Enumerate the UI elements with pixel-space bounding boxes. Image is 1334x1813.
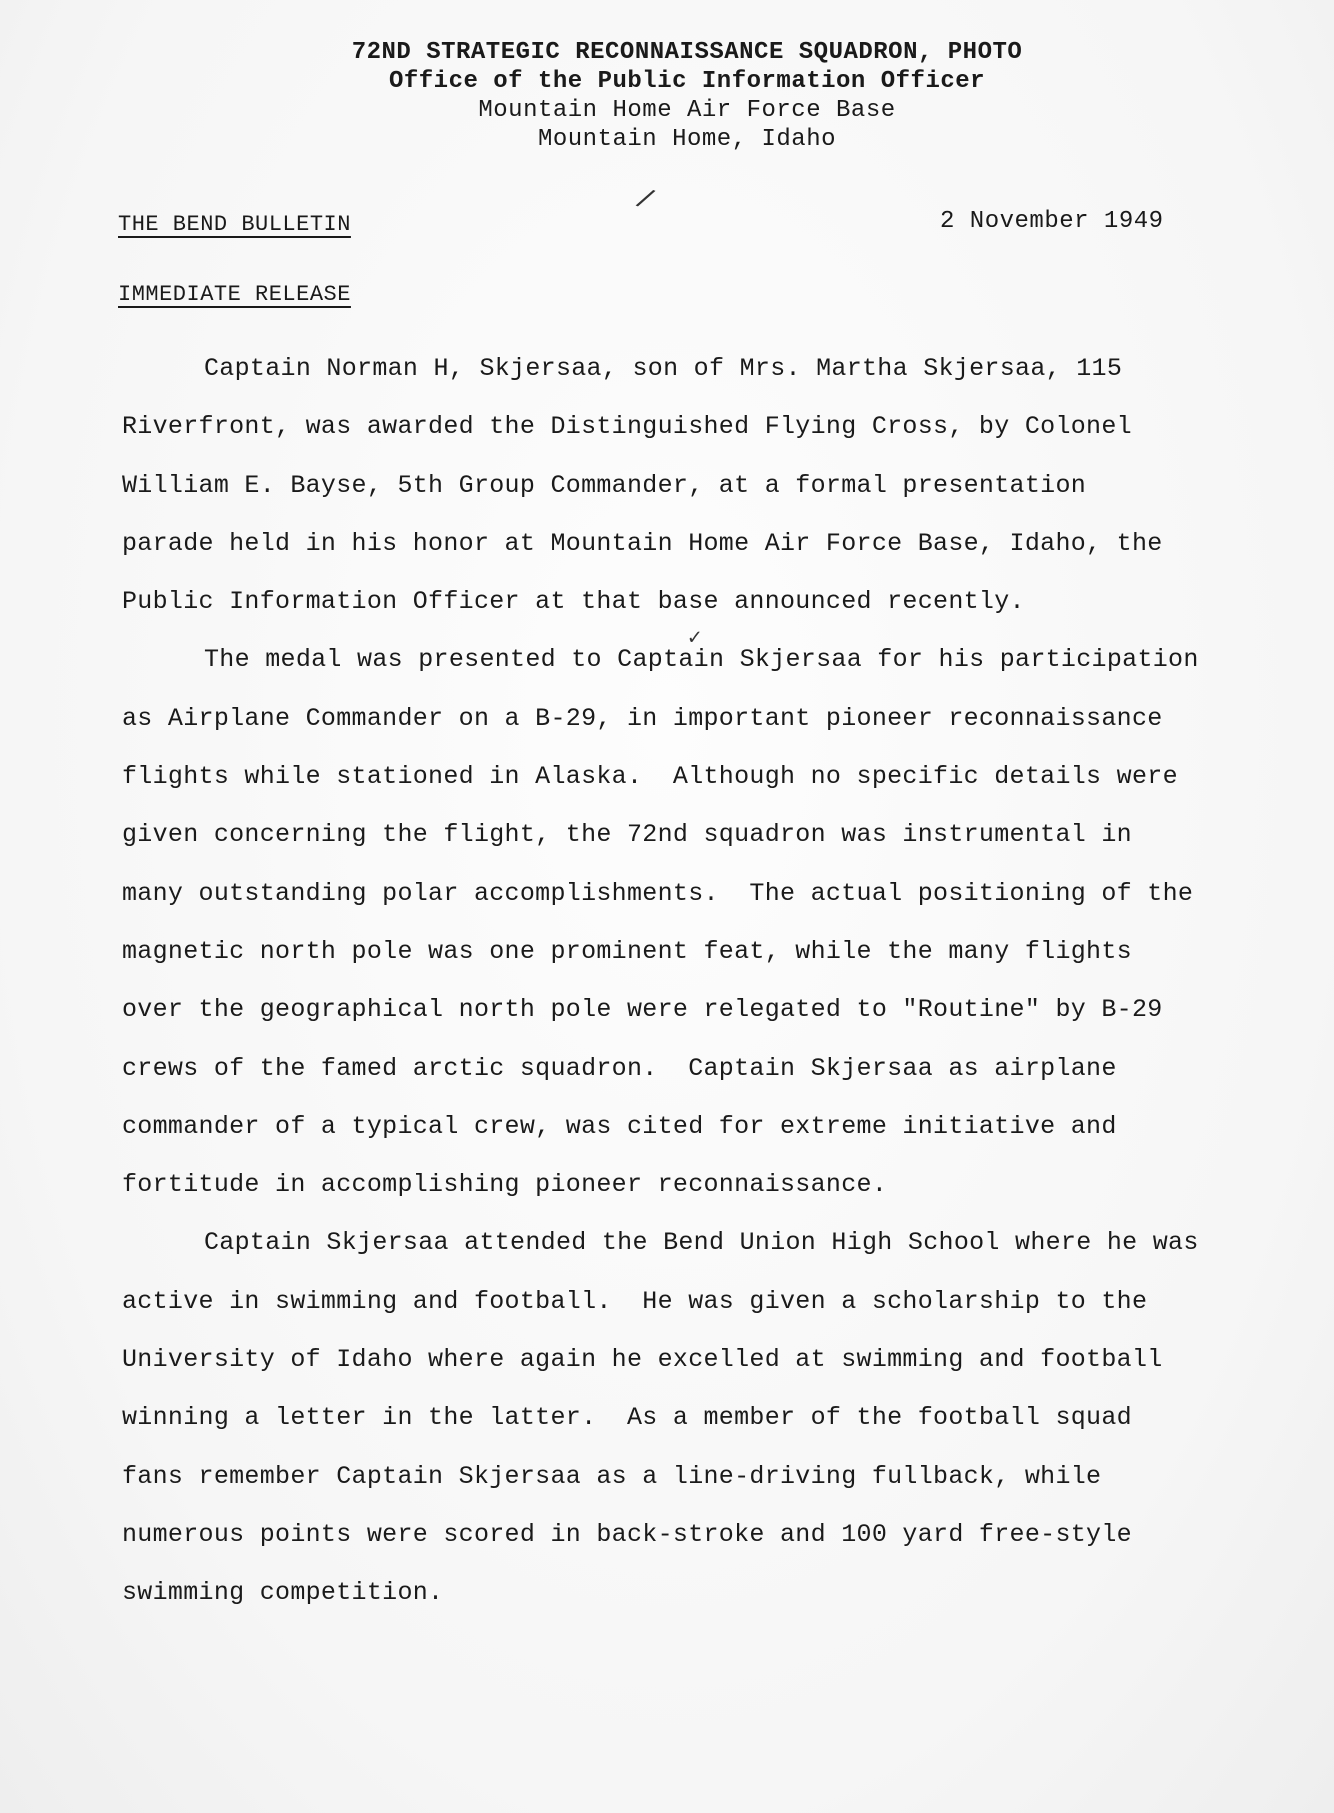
body-line: many outstanding polar accomplishments. …	[122, 865, 1302, 923]
body-line: Captain Norman H, Skjersaa, son of Mrs. …	[122, 340, 1302, 398]
press-release-body: Captain Norman H, Skjersaa, son of Mrs. …	[122, 340, 1302, 1623]
body-line: The medal was presented to Captain Skjer…	[122, 631, 1302, 689]
body-line: as Airplane Commander on a B-29, in impo…	[122, 690, 1302, 748]
body-line: crews of the famed arctic squadron. Capt…	[122, 1040, 1302, 1098]
letterhead-office: Office of the Public Information Officer	[40, 67, 1334, 96]
letterhead-base: Mountain Home Air Force Base	[40, 96, 1334, 125]
body-line: numerous points were scored in back-stro…	[122, 1506, 1302, 1564]
addressee: THE BEND BULLETIN	[118, 212, 351, 237]
release-notice: IMMEDIATE RELEASE	[118, 282, 351, 307]
body-line: fortitude in accomplishing pioneer recon…	[122, 1156, 1302, 1214]
body-line: Public Information Officer at that base …	[122, 573, 1302, 631]
body-line: winning a letter in the latter. As a mem…	[122, 1389, 1302, 1447]
body-line: commander of a typical crew, was cited f…	[122, 1098, 1302, 1156]
body-line: Riverfront, was awarded the Distinguishe…	[122, 398, 1302, 456]
letterhead: 72ND STRATEGIC RECONNAISSANCE SQUADRON, …	[0, 38, 1334, 154]
body-line: parade held in his honor at Mountain Hom…	[122, 515, 1302, 573]
document-date: 2 November 1949	[940, 208, 1164, 235]
pencil-mark: /	[631, 184, 657, 219]
body-line: William E. Bayse, 5th Group Commander, a…	[122, 457, 1302, 515]
document-page: 72ND STRATEGIC RECONNAISSANCE SQUADRON, …	[0, 0, 1334, 1813]
body-line: magnetic north pole was one prominent fe…	[122, 923, 1302, 981]
body-line: fans remember Captain Skjersaa as a line…	[122, 1448, 1302, 1506]
body-line: flights while stationed in Alaska. Altho…	[122, 748, 1302, 806]
letterhead-location: Mountain Home, Idaho	[40, 125, 1334, 154]
letterhead-unit: 72ND STRATEGIC RECONNAISSANCE SQUADRON, …	[40, 38, 1334, 67]
body-line: Captain Skjersaa attended the Bend Union…	[122, 1214, 1302, 1272]
body-line: swimming competition.	[122, 1564, 1302, 1622]
body-line: active in swimming and football. He was …	[122, 1273, 1302, 1331]
body-line: University of Idaho where again he excel…	[122, 1331, 1302, 1389]
body-line: over the geographical north pole were re…	[122, 981, 1302, 1039]
body-line: given concerning the flight, the 72nd sq…	[122, 806, 1302, 864]
